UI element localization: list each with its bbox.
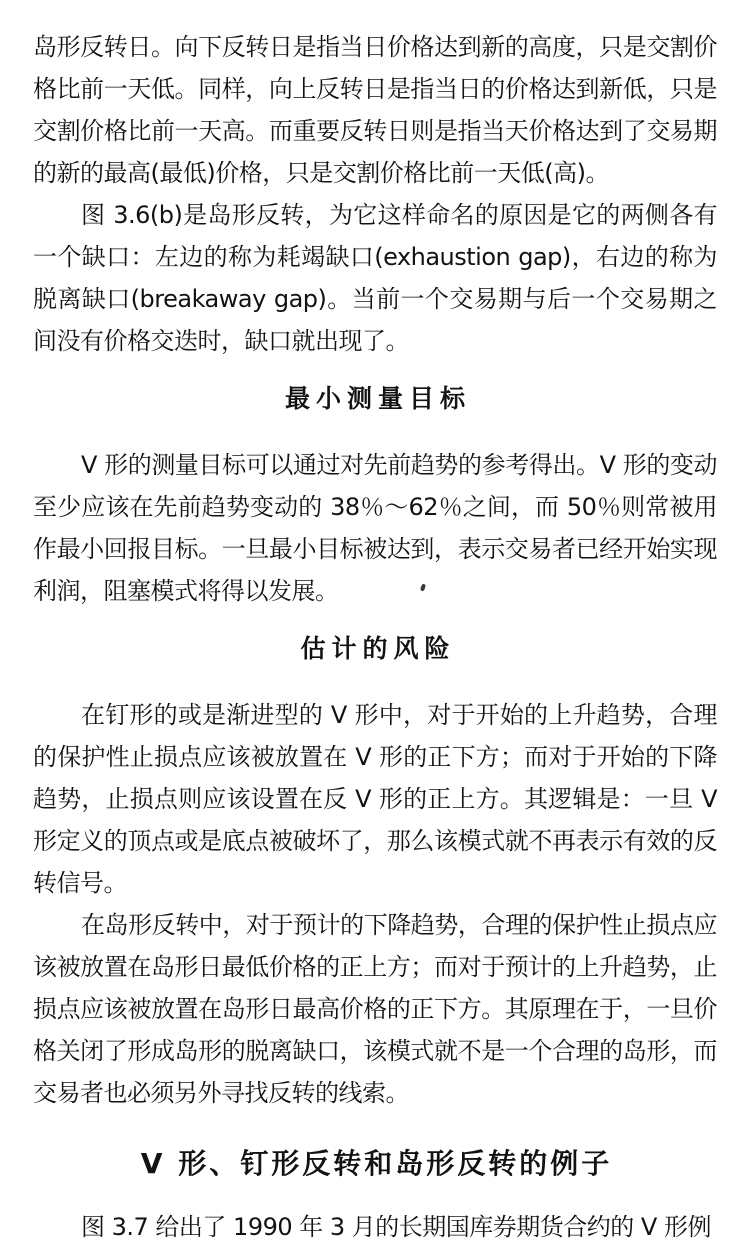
paragraph-island-reversal-gaps: 图 3.6(b)是岛形反转，为它这样命名的原因是它的两侧各有一个缺口：左边的称为…: [33, 194, 717, 362]
heading-examples-title: V 形、钉形反转和岛形反转的例子: [33, 1140, 717, 1188]
heading-estimated-risk: 估计的风险: [33, 628, 717, 670]
book-page: 岛形反转日。向下反转日是指当日价格达到新的高度，只是交割价格比前一天低。同样，向…: [0, 0, 750, 1260]
paragraph-v-shape-stop-loss: 在钉形的或是渐进型的 V 形中，对于开始的上升趋势，合理的保护性止损点应该被放置…: [33, 694, 717, 904]
paragraph-v-measuring-target: V 形的测量目标可以通过对先前趋势的参考得出。V 形的变动至少应该在先前趋势变动…: [33, 444, 717, 612]
paragraph-figure-3-7-intro: 图 3.7 给出了 1990 年 3 月的长期国库券期货合约的 V 形例: [33, 1206, 717, 1248]
heading-minimum-measuring-target: 最小测量目标: [33, 378, 717, 420]
paragraph-reversal-day-definition: 岛形反转日。向下反转日是指当日价格达到新的高度，只是交割价格比前一天低。同样，向…: [33, 26, 717, 194]
paragraph-island-stop-loss: 在岛形反转中，对于预计的下降趋势，合理的保护性止损点应该被放置在岛形日最低价格的…: [33, 904, 717, 1114]
